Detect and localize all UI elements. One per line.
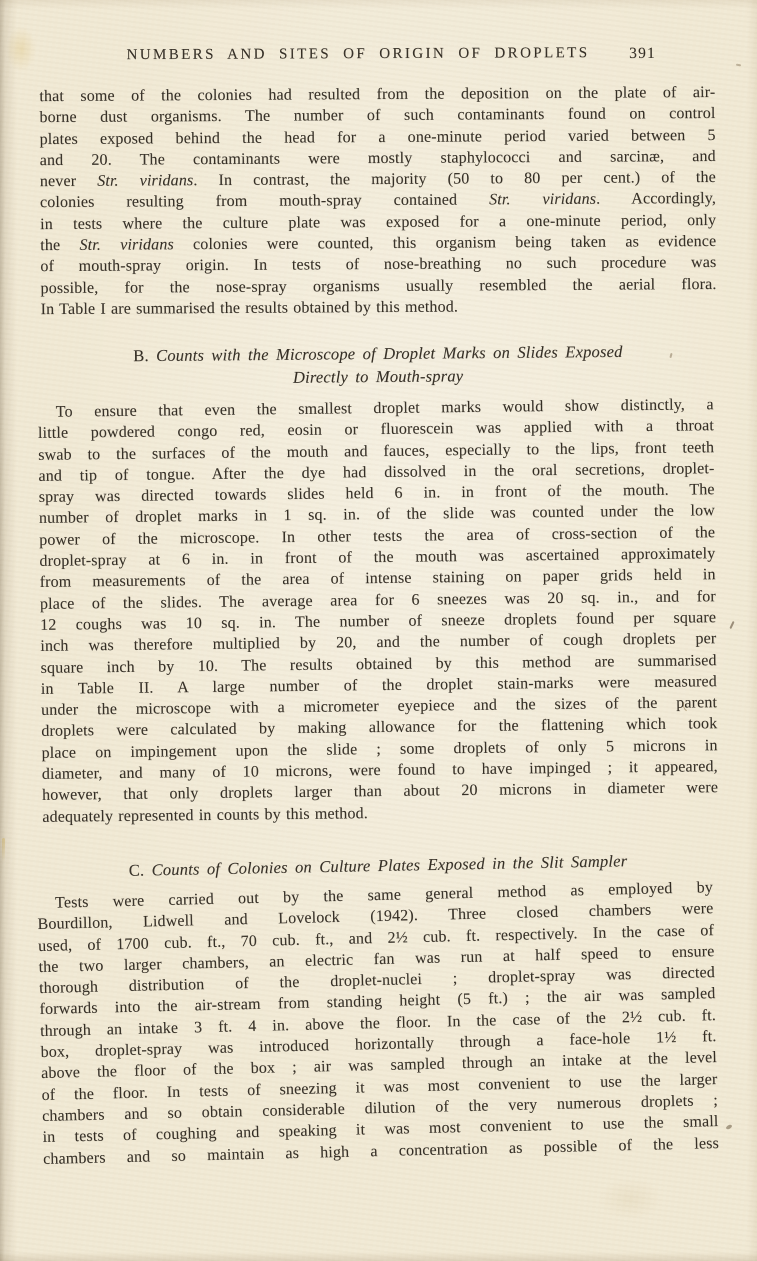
paper-fiber	[2, 838, 5, 862]
paragraph-slit-sampler: Tests were carried out by the same gener…	[37, 877, 719, 1170]
text-line: In Table I are summarised the results ob…	[41, 295, 717, 320]
page-body: that some of the colonies had resulted f…	[40, 84, 716, 1162]
paper-stain	[598, 1178, 662, 1220]
paper-stain	[6, 26, 36, 72]
paragraph-plate-exposure-method: that some of the colonies had resulted f…	[39, 82, 716, 320]
paper-speck	[726, 1123, 733, 1130]
page-header-title: NUMBERS AND SITES OF ORIGIN OF DROPLETS	[40, 45, 716, 65]
scanned-page: NUMBERS AND SITES OF ORIGIN OF DROPLETS …	[0, 0, 757, 1261]
text-line: possible, for the nose-spray organisms u…	[40, 274, 716, 299]
paragraph-microscope-counts: To ensure that even the smallest droplet…	[38, 394, 719, 828]
paper-speck	[736, 64, 741, 67]
page-number: 391	[629, 45, 656, 63]
paper-speck	[729, 621, 734, 629]
text-line: C. Counts of Colonies on Culture Plates …	[40, 848, 716, 884]
section-heading-b: B. Counts with the Microscope of Droplet…	[40, 339, 716, 391]
running-header: NUMBERS AND SITES OF ORIGIN OF DROPLETS …	[40, 45, 716, 70]
section-heading-c: C. Counts of Colonies on Culture Plates …	[40, 848, 716, 884]
